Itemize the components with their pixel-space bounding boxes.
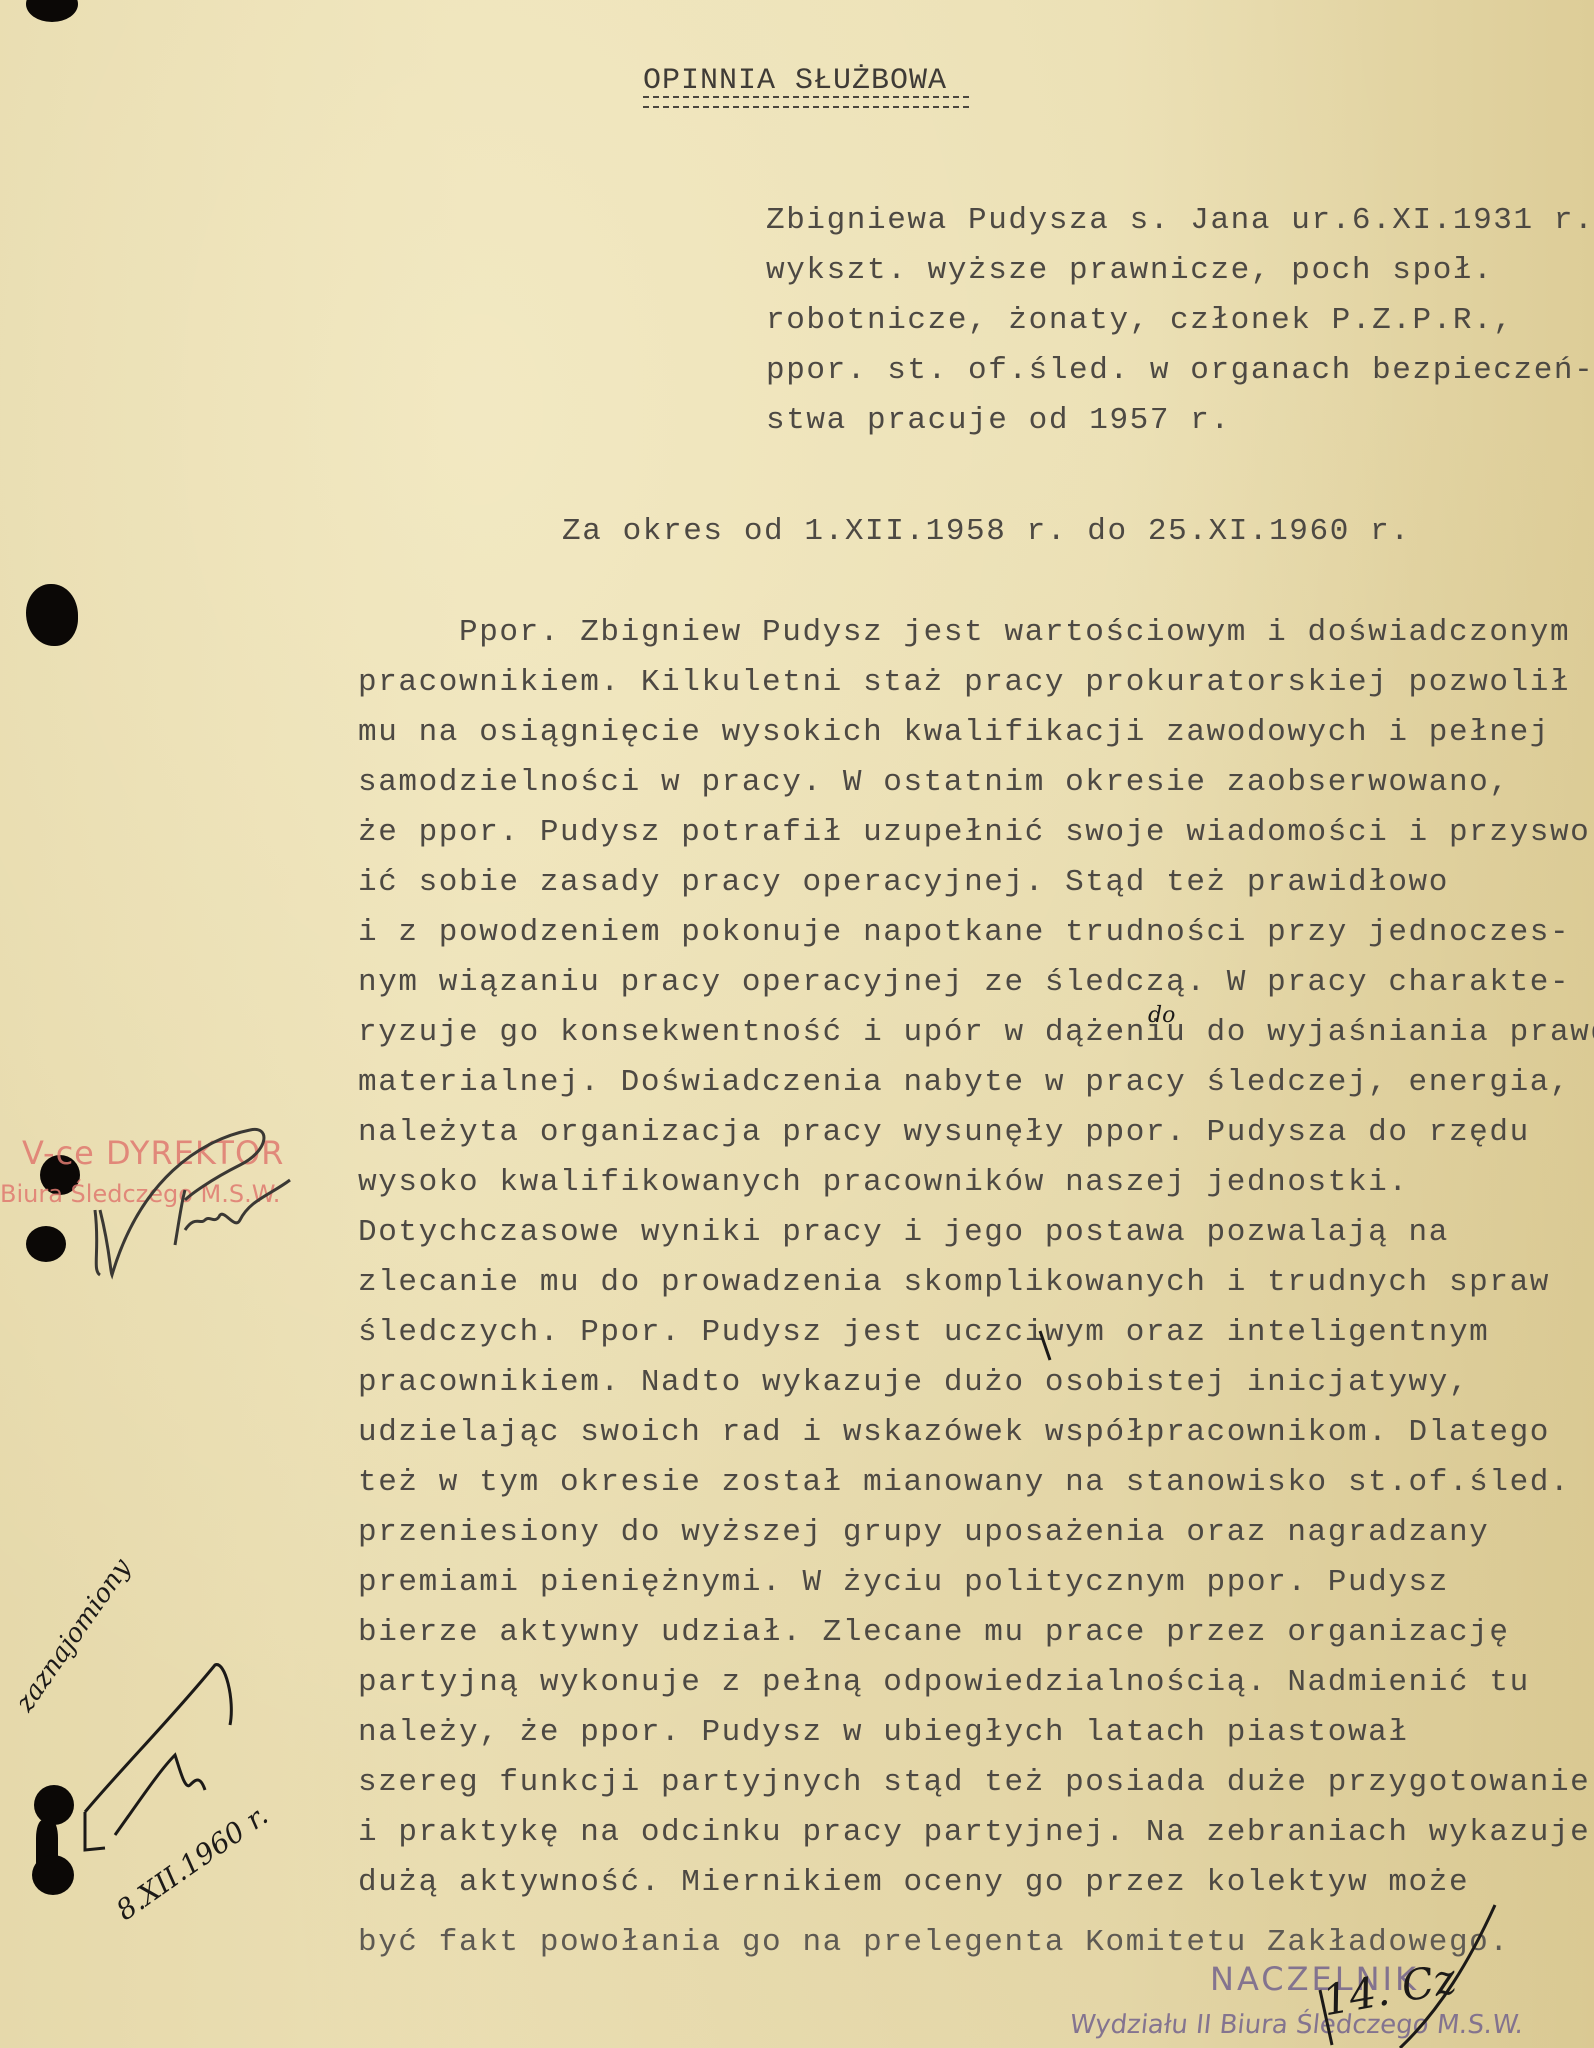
body-line: ryzuje go konsekwentność i upór w dążeni… xyxy=(358,1017,1594,1048)
body-line: partyjną wykonuje z pełną odpowiedzialno… xyxy=(358,1667,1530,1698)
body-line: że ppor. Pudysz potrafił uzupełnić swoje… xyxy=(358,817,1594,848)
body-line: należy, że ppor. Pudysz w ubiegłych lata… xyxy=(358,1717,1409,1748)
body-line: nym wiązaniu pracy operacyjnej ze śledcz… xyxy=(358,967,1570,998)
body-line: bierze aktywny udział. Zlecane mu prace … xyxy=(358,1617,1510,1648)
body-line: wysoko kwalifikowanych pracowników nasze… xyxy=(358,1167,1409,1198)
body-line: ić sobie zasady pracy operacyjnej. Stąd … xyxy=(358,867,1449,898)
title-double-underline xyxy=(643,96,969,108)
body-line: i praktykę na odcinku pracy partyjnej. N… xyxy=(358,1817,1590,1848)
body-line: Dotychczasowe wyniki pracy i jego postaw… xyxy=(358,1217,1449,1248)
header-line: Zbigniewa Pudysza s. Jana ur.6.XI.1931 r… xyxy=(766,205,1594,236)
body-line: zlecanie mu do prowadzenia skomplikowany… xyxy=(358,1267,1550,1298)
body-line: pracownikiem. Kilkuletni staż pracy prok… xyxy=(358,667,1570,698)
document-title: OPINNIA SŁUŻBOWA xyxy=(643,66,947,96)
margin-date: 8.XII.1960 r. xyxy=(110,1798,274,1927)
evaluation-period: Za okres od 1.XII.1958 r. do 25.XI.1960 … xyxy=(562,516,1411,547)
body-line: też w tym okresie został mianowany na st… xyxy=(358,1467,1570,1498)
header-line: robotnicze, żonaty, członek P.Z.P.R., xyxy=(766,305,1514,336)
body-line: materialnej. Doświadczenia nabyte w prac… xyxy=(358,1067,1570,1098)
director-stamp-unit: Biura Śledczego M.S.W. xyxy=(0,1180,280,1208)
director-stamp-title: V-ce DYREKTOR xyxy=(22,1134,284,1172)
header-line: ppor. st. of.śled. w organach bezpieczeń… xyxy=(766,355,1594,386)
hole-punch-mark xyxy=(26,0,78,22)
body-line: należyta organizacja pracy wysunęły ppor… xyxy=(358,1117,1530,1148)
body-line: być fakt powołania go na prelegenta Komi… xyxy=(358,1927,1510,1958)
body-line: premiami pieniężnymi. W życiu polityczny… xyxy=(358,1567,1449,1598)
header-line: wykszt. wyższe prawnicze, poch społ. xyxy=(766,255,1493,286)
hole-punch-mark xyxy=(26,584,78,646)
body-line: udzielając swoich rad i wskazówek współp… xyxy=(358,1417,1550,1448)
margin-note: zaznajomiony xyxy=(10,1553,137,1717)
body-line: pracownikiem. Nadto wykazuje dużo osobis… xyxy=(358,1367,1469,1398)
body-line: mu na osiągnięcie wysokich kwalifikacji … xyxy=(358,717,1550,748)
body-line: Ppor. Zbigniew Pudysz jest wartościowym … xyxy=(358,617,1570,648)
body-line: samodzielności w pracy. W ostatnim okres… xyxy=(358,767,1510,798)
hole-punch-mark xyxy=(34,1785,74,1825)
scanned-document-page: OPINNIA SŁUŻBOWA Zbigniewa Pudysza s. Ja… xyxy=(0,0,1594,2048)
body-line: przeniesiony do wyższej grupy uposażenia… xyxy=(358,1517,1489,1548)
body-line: i z powodzeniem pokonuje napotkane trudn… xyxy=(358,917,1570,948)
chief-stamp-unit: Wydziału II Biura Śledczego M.S.W. xyxy=(1068,2010,1525,2040)
header-line: stwa pracuje od 1957 r. xyxy=(766,405,1231,436)
body-line: szereg funkcji partyjnych stąd też posia… xyxy=(358,1767,1590,1798)
body-line: śledczych. Ppor. Pudysz jest uczciwym or… xyxy=(358,1317,1489,1348)
body-line: dużą aktywność. Miernikiem oceny go prze… xyxy=(358,1867,1469,1898)
hole-punch-mark xyxy=(26,1226,66,1262)
hole-punch-mark xyxy=(32,1855,74,1895)
handwritten-insertion: do xyxy=(1148,1003,1175,1028)
